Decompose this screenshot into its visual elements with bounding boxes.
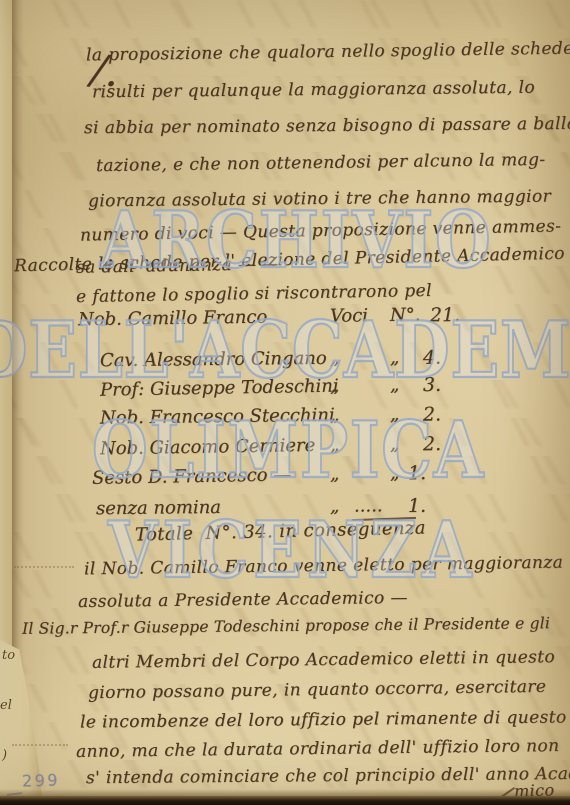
manuscript-scan-page: to el ) /. la proposizione che qualora n… xyxy=(0,0,570,805)
margin-mark: to xyxy=(2,648,15,663)
page-bottom-shadow xyxy=(0,789,570,796)
page-number-stamp: 299 xyxy=(22,770,61,790)
margin-mark: ) xyxy=(2,748,7,763)
faint-guide-line xyxy=(14,566,74,568)
watermark-text-dellaccademia: DELL'ACCADEMIA xyxy=(0,312,570,390)
manuscript-line: s' intenda cominciare che col principio … xyxy=(86,764,570,788)
watermark-text-vicenza: VICENZA xyxy=(108,512,476,590)
margin-mark: el xyxy=(0,698,12,713)
watermark-text-olimpica: OLIMPICA xyxy=(92,412,485,490)
watermark-text-archivio: ARCHIVIO xyxy=(100,202,492,280)
scan-bottom-edge xyxy=(0,796,570,805)
faint-guide-line xyxy=(12,744,68,746)
manuscript-line: si abbia per nominato senza bisogno di p… xyxy=(84,114,570,138)
